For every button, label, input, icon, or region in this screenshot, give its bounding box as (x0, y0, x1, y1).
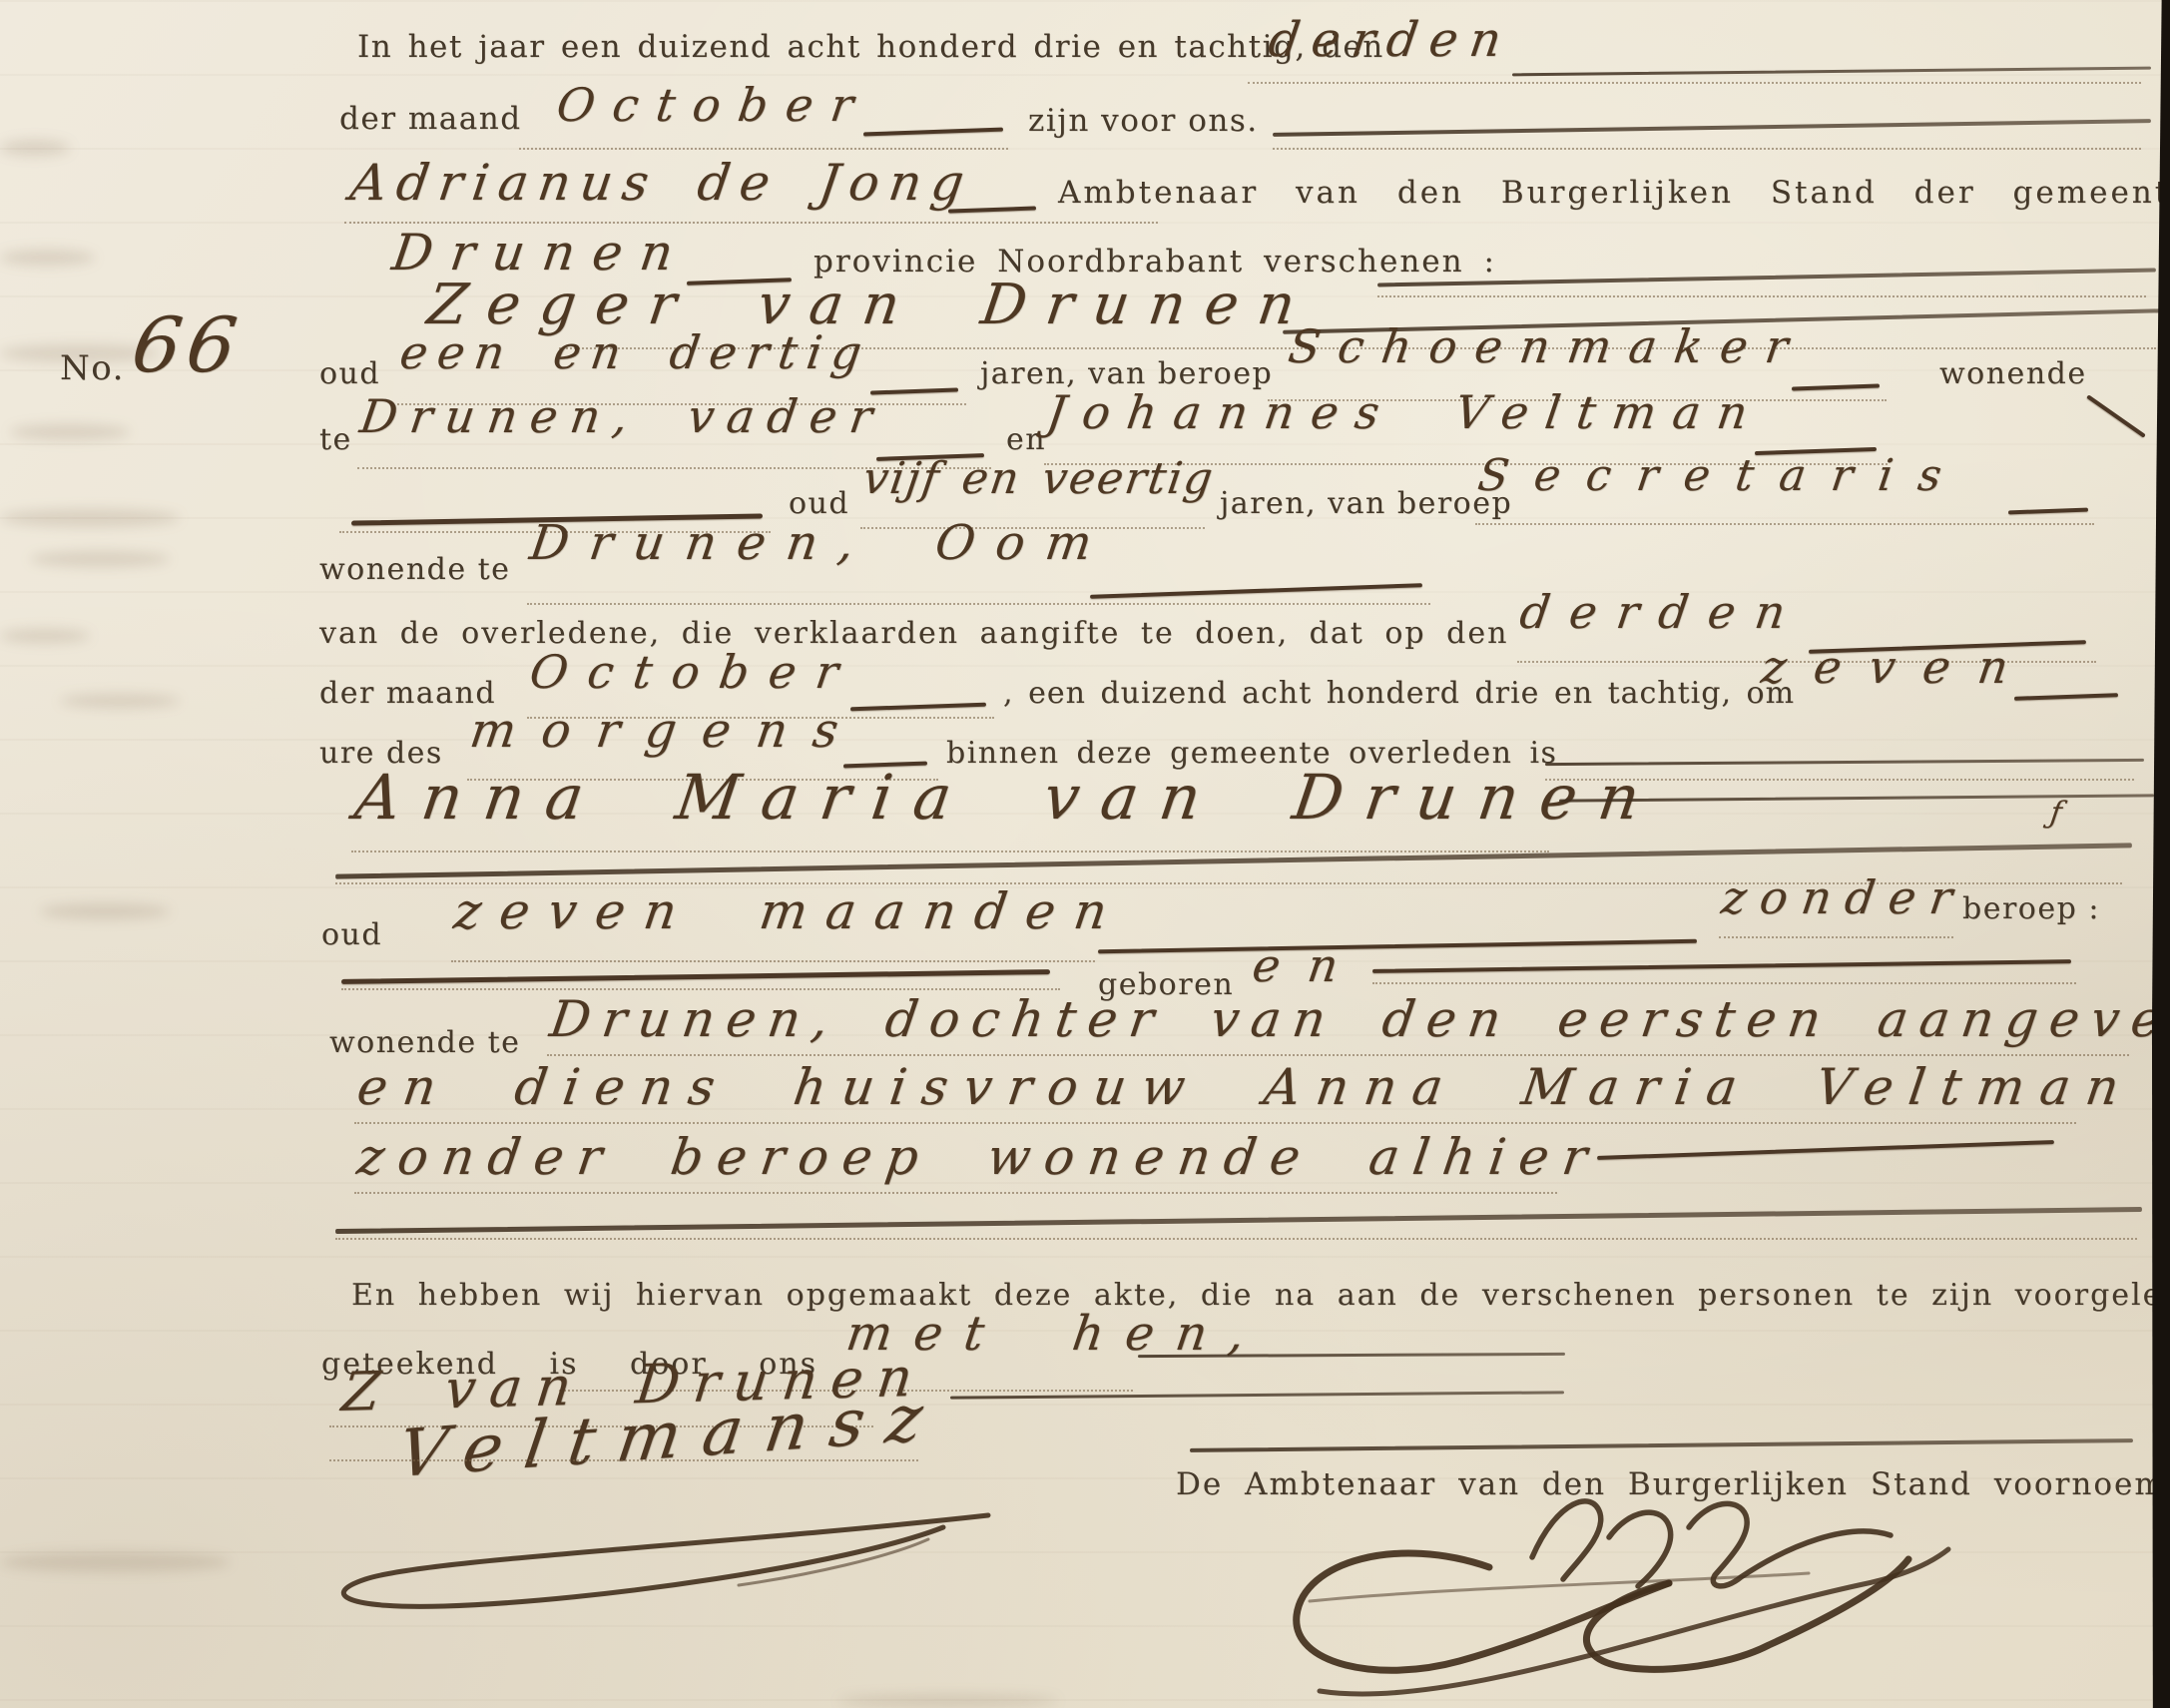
dotted-guide (1475, 523, 2094, 525)
bleed-through-mark (30, 551, 170, 567)
dotted-guide (1377, 295, 2146, 297)
bleed-through-mark (0, 344, 160, 362)
rule-line (1190, 1438, 2133, 1452)
bleed-through-mark (10, 424, 130, 440)
written-mother: en diens huisvrouw Anna Maria Veltman (354, 1062, 2138, 1112)
ink-stray-mark: ƒ (2048, 799, 2063, 829)
written-day: derden (1266, 16, 1516, 64)
ink-dash-long (1090, 583, 1422, 599)
printed-wonende: wonende (1939, 359, 2087, 389)
written-occupation-2: Secretaris (1475, 454, 1970, 498)
printed-age-suffix-2: jaren, van beroep (1220, 489, 1512, 519)
bleed-through-mark (0, 629, 90, 643)
bleed-through-mark (60, 694, 180, 708)
written-municipality: Drunen (389, 228, 694, 278)
printed-officer-title: Ambtenaar van den Burgerlijken Stand der… (1058, 178, 2170, 209)
dotted-guide (1273, 148, 2141, 150)
signature-flourish-declarant2 (289, 1509, 1008, 1624)
written-zonder: zonder (1719, 874, 1969, 920)
bleed-through-mark (40, 903, 170, 919)
printed-year-line: In het jaar een duizend acht honderd dri… (357, 32, 1384, 63)
written-residence-1: Drunen, vader (357, 393, 888, 439)
written-residence-3: Drunen, dochter van den eersten aangever (547, 994, 2170, 1044)
ink-dash (2014, 693, 2118, 701)
written-death-month: October (527, 649, 861, 695)
dotted-guide (451, 960, 1095, 962)
written-residence-2: Drunen, Oom (527, 519, 1116, 567)
written-occupation-1: Schoenmaker (1286, 323, 1809, 369)
printed-te: te (319, 425, 352, 455)
dotted-guide (519, 148, 1008, 150)
rule-line (950, 1391, 1564, 1399)
printed-declaration: van de overledene, die verklaarden aangi… (319, 619, 1508, 649)
written-officer-name: Adrianus de Jong (347, 158, 977, 208)
printed-age-label-1: oud (319, 359, 380, 389)
ink-dash (2008, 508, 2088, 515)
ink-stroke (2086, 394, 2146, 437)
printed-death-year: , een duizend acht honderd drie en tacht… (1003, 679, 1795, 709)
dotted-guide (527, 603, 1430, 605)
dotted-guide (1719, 936, 1953, 938)
printed-en: en (1006, 425, 1046, 455)
bleed-through-mark (838, 1695, 1058, 1707)
dotted-guide (329, 1459, 918, 1461)
written-mother-occupation: zonder beroep wonende alhier (354, 1132, 1604, 1182)
record-number-value: 66 (128, 307, 247, 383)
printed-deceased-age-label: oud (321, 920, 382, 950)
written-age-1: een en dertig (397, 329, 874, 375)
written-deceased-name: Anna Maria van Drunen (351, 767, 1665, 829)
officer-signature-flourish (1248, 1465, 2006, 1705)
rule-line (1512, 67, 2151, 77)
bleed-through-mark (0, 140, 70, 156)
dotted-guide (335, 1238, 2137, 1240)
ink-dash-long (341, 969, 1050, 984)
death-certificate-scan: In het jaar een duizend acht honderd dri… (0, 0, 2170, 1708)
written-death-day: derden (1517, 589, 1808, 635)
printed-month-label: der maand (339, 104, 522, 135)
rule-line (1273, 119, 2151, 137)
printed-before-us: zijn voor ons. (1028, 106, 1259, 137)
ink-dash-long (1098, 939, 1697, 953)
bleed-through-mark (0, 1552, 230, 1572)
dotted-guide (547, 1054, 2129, 1056)
written-deceased-age: zeven maanden (451, 886, 1129, 936)
dotted-guide (354, 1192, 1557, 1194)
written-age-2: vijf en veertig (860, 457, 1217, 501)
dotted-guide (1372, 982, 2076, 984)
ink-dash-long (1372, 959, 2071, 973)
written-month: October (554, 82, 874, 128)
printed-residence-label-3: wonende te (329, 1028, 520, 1058)
ink-dash (1792, 383, 1880, 390)
dotted-guide (1248, 82, 2141, 84)
ink-dash (863, 128, 1003, 137)
dotted-guide (351, 851, 1549, 853)
written-declarant2-name: Johannes Veltman (1044, 389, 1767, 435)
scan-edge (2148, 0, 2170, 1708)
dotted-guide (354, 1122, 2076, 1124)
bleed-through-mark (0, 250, 95, 266)
bleed-through-mark (0, 509, 180, 527)
ink-dash (850, 703, 986, 712)
written-en: en (1250, 942, 1368, 988)
printed-month-label-2: der maand (319, 679, 496, 709)
strike-rule (335, 1207, 2142, 1234)
printed-beroep: beroep : (1962, 894, 2100, 924)
printed-residence-label-2: wonende te (319, 555, 510, 585)
written-death-hour: zeven (1759, 644, 2039, 690)
ink-dash-long (1597, 1140, 2054, 1160)
written-daypart: morgens (467, 707, 867, 755)
